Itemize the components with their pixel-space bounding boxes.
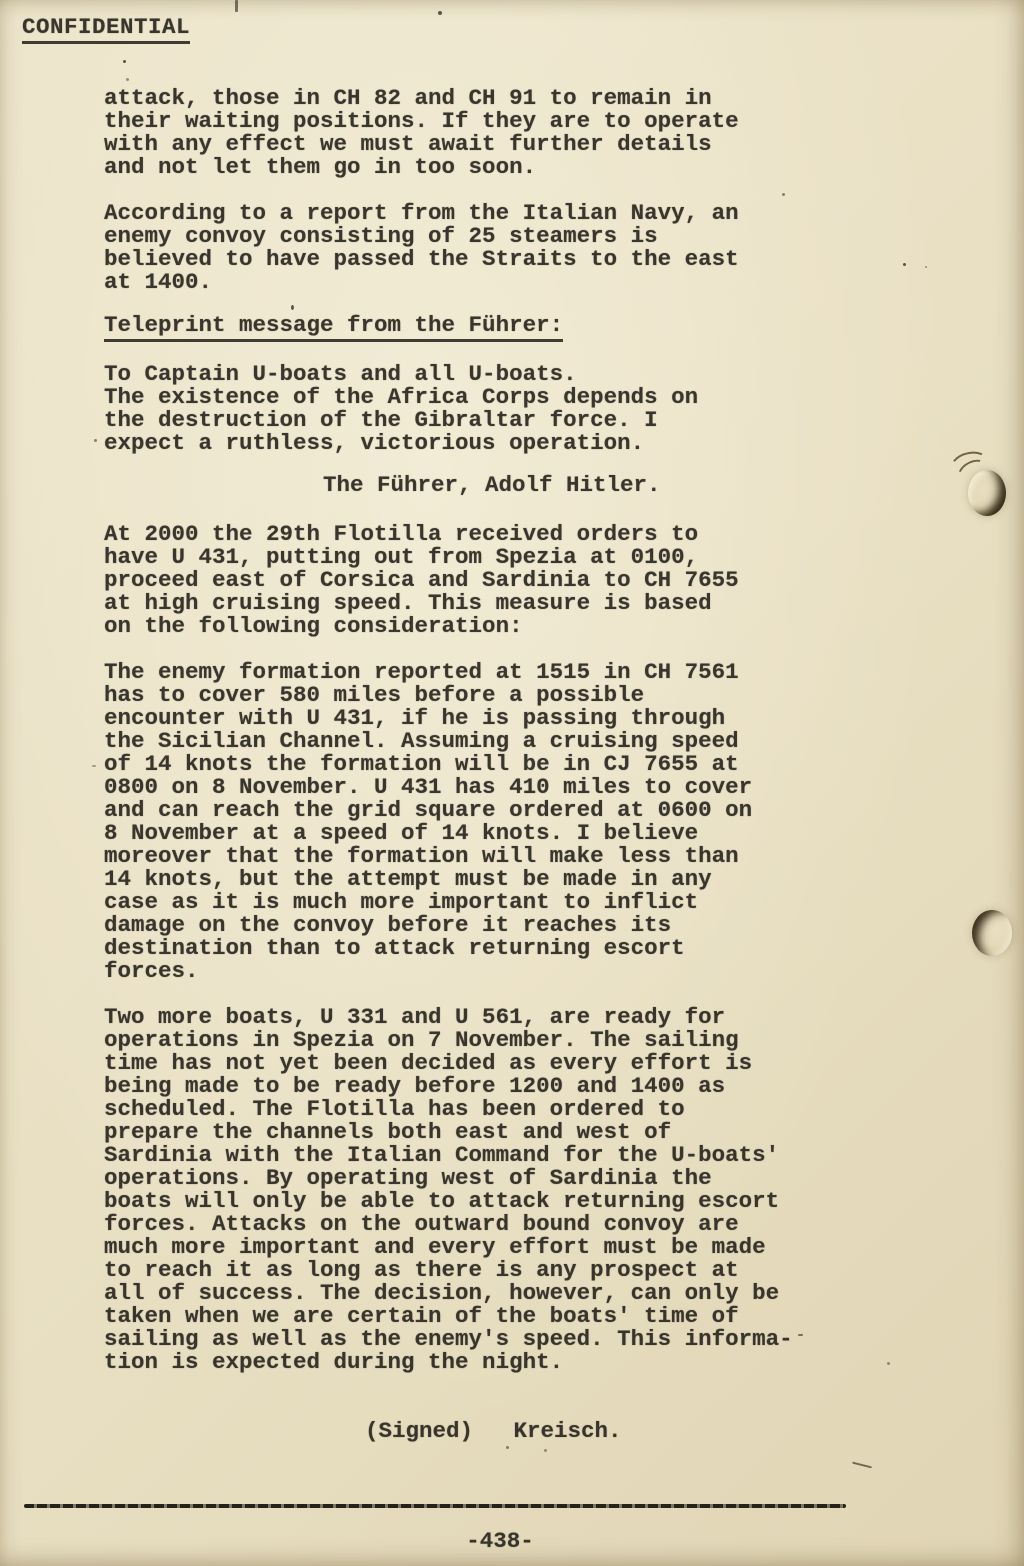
ink-speck (438, 11, 442, 15)
ink-speck (92, 765, 96, 767)
ink-speck (94, 439, 97, 442)
body-paragraph: The enemy formation reported at 1515 in … (104, 661, 752, 983)
ink-speck (903, 263, 906, 266)
ink-speck (887, 1362, 890, 1365)
footer-rule (24, 1504, 846, 1508)
page-number: -438- (0, 1530, 1000, 1553)
body-paragraph: attack, those in CH 82 and CH 91 to rema… (104, 87, 739, 179)
ink-speck (544, 1449, 547, 1452)
signed-line: (Signed) Kreisch. (365, 1420, 622, 1443)
ink-speck (798, 1334, 803, 1336)
body-paragraph: At 2000 the 29th Flotilla received order… (104, 523, 739, 638)
ink-speck (123, 60, 126, 63)
body-paragraph: According to a report from the Italian N… (104, 202, 739, 294)
ink-speck (925, 266, 927, 268)
ink-speck (782, 193, 785, 196)
teleprint-message-body: To Captain U-boats and all U-boats. The … (104, 363, 698, 455)
teleprint-heading: Teleprint message from the Führer: (104, 314, 563, 342)
ink-speck (235, 0, 238, 12)
ink-speck (291, 305, 294, 310)
classification-stamp: CONFIDENTIAL (22, 16, 190, 44)
punch-hole (972, 910, 1012, 956)
teleprint-heading-text: Teleprint message from the Führer: (104, 314, 563, 342)
pencil-mark (852, 1462, 872, 1469)
ink-speck (506, 1446, 509, 1449)
classification-text: CONFIDENTIAL (22, 16, 190, 44)
ink-speck (126, 78, 129, 81)
fuhrer-signature-line: The Führer, Adolf Hitler. (323, 474, 661, 497)
scanned-document-page: CONFIDENTIAL attack, those in CH 82 and … (0, 0, 1024, 1566)
body-paragraph: Two more boats, U 331 and U 561, are rea… (104, 1006, 793, 1374)
